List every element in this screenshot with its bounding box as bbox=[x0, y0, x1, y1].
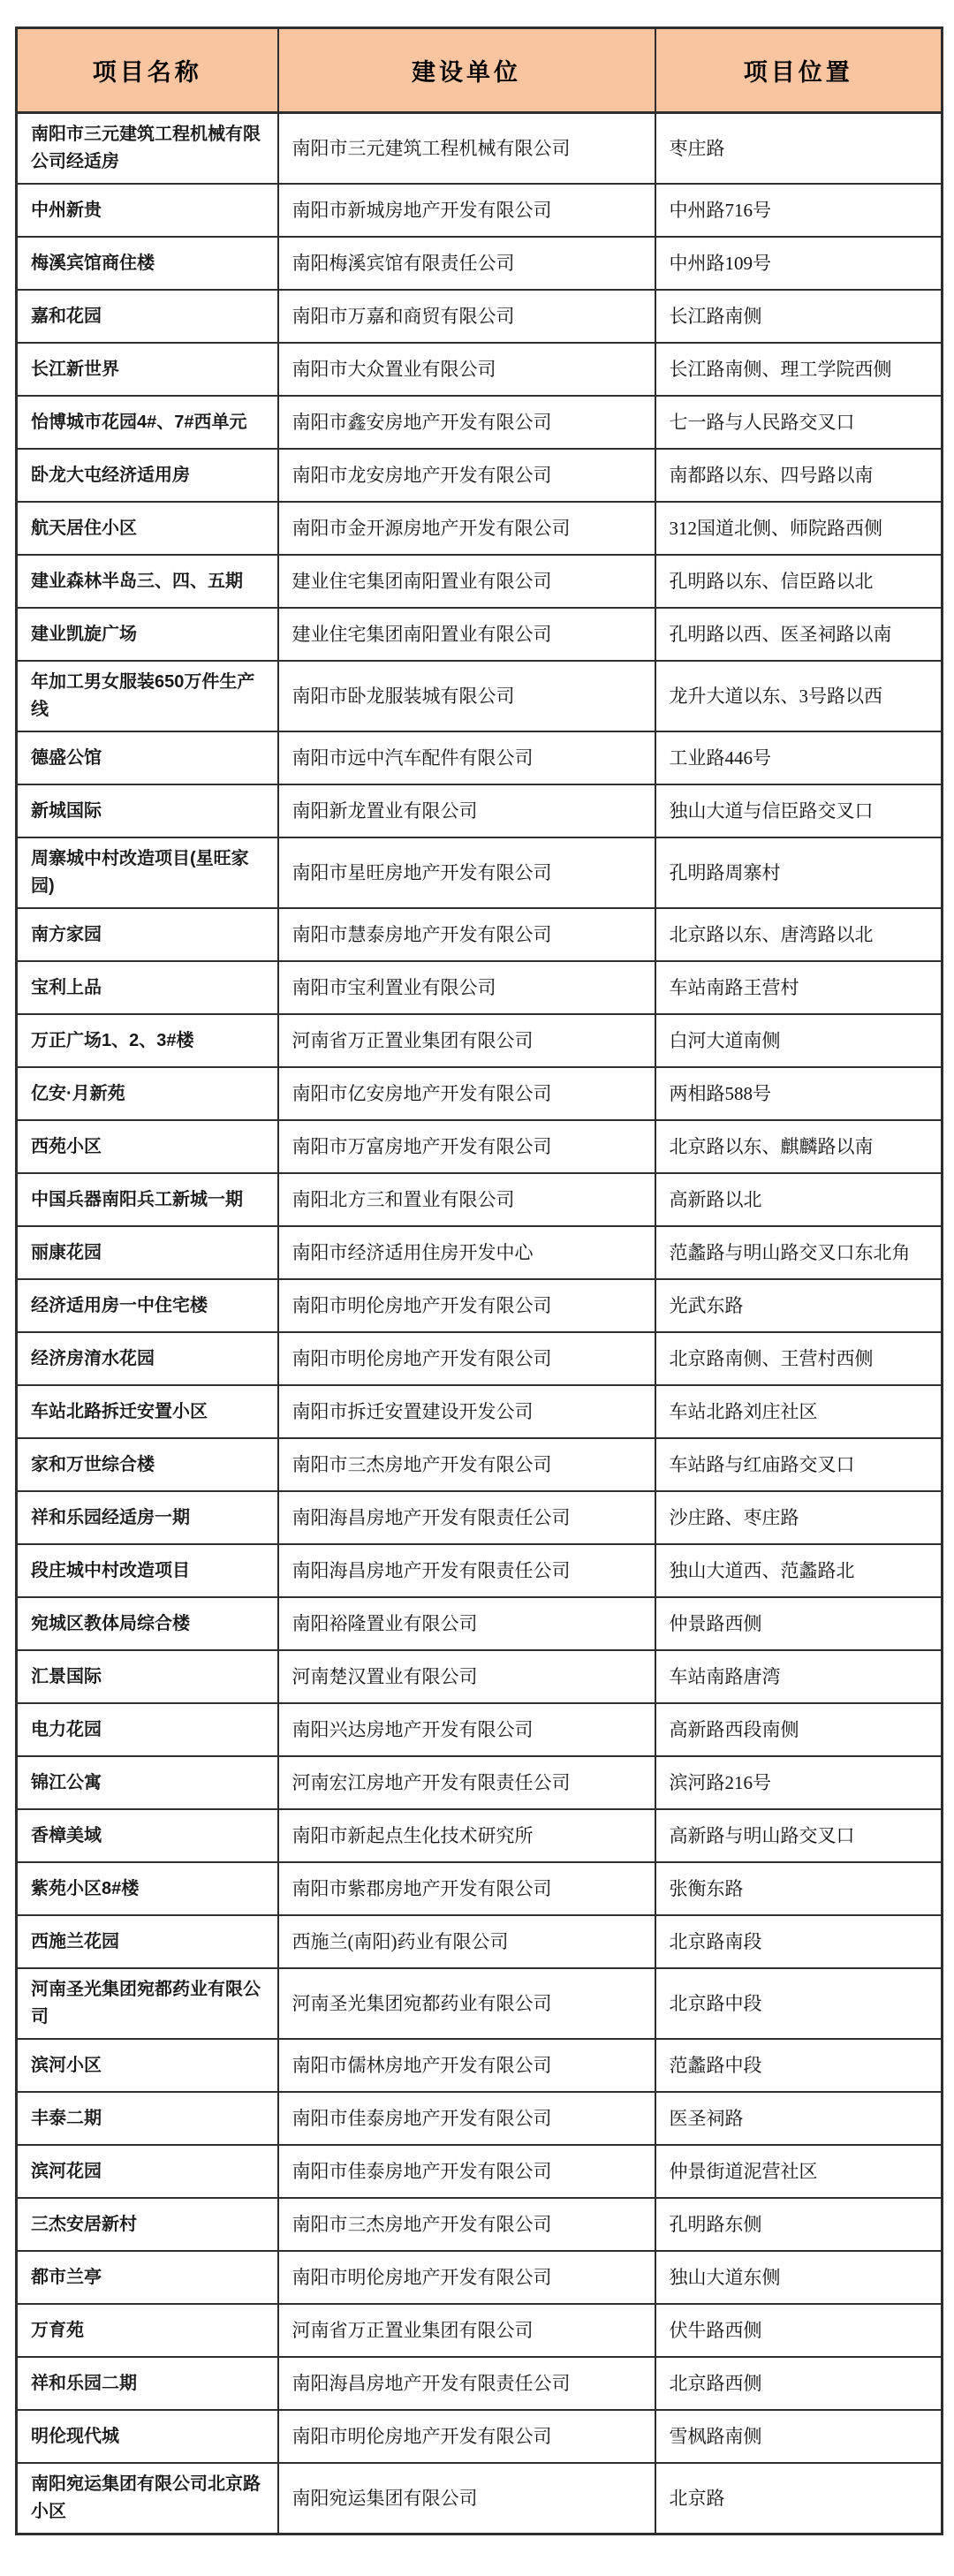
builder-cell: 南阳市佳泰房地产开发有限公司 bbox=[278, 2092, 655, 2145]
builder-cell: 南阳海昌房地产开发有限责任公司 bbox=[278, 2357, 655, 2410]
location-cell: 范蠡路与明山路交叉口东北角 bbox=[655, 1226, 943, 1279]
table-row: 建业森林半岛三、四、五期建业住宅集团南阳置业有限公司孔明路以东、信臣路以北 bbox=[17, 555, 943, 608]
location-cell: 北京路 bbox=[655, 2463, 943, 2534]
table-row: 新城国际南阳新龙置业有限公司独山大道与信臣路交叉口 bbox=[17, 784, 943, 837]
builder-cell: 南阳市佳泰房地产开发有限公司 bbox=[278, 2145, 655, 2198]
builder-cell: 河南省万正置业集团有限公司 bbox=[278, 1014, 655, 1067]
project-name-cell: 南阳市三元建筑工程机械有限公司经适房 bbox=[17, 113, 278, 185]
builder-cell: 河南圣光集团宛都药业有限公司 bbox=[278, 1968, 655, 2039]
builder-cell: 南阳海昌房地产开发有限责任公司 bbox=[278, 1544, 655, 1597]
table-row: 河南圣光集团宛都药业有限公司河南圣光集团宛都药业有限公司北京路中段 bbox=[17, 1968, 943, 2039]
location-cell: 孔明路周寨村 bbox=[655, 837, 943, 908]
project-name-cell: 万育苑 bbox=[17, 2304, 278, 2357]
table-row: 年加工男女服装650万件生产线南阳市卧龙服装城有限公司龙升大道以东、3号路以西 bbox=[17, 661, 943, 731]
project-name-cell: 周寨城中村改造项目(星旺家园) bbox=[17, 837, 278, 908]
table-row: 家和万世综合楼南阳市三杰房地产开发有限公司车站路与红庙路交叉口 bbox=[17, 1438, 943, 1491]
location-cell: 龙升大道以东、3号路以西 bbox=[655, 661, 943, 731]
location-cell: 车站南路唐湾 bbox=[655, 1650, 943, 1703]
header-row: 项目名称 建设单位 项目位置 bbox=[17, 28, 943, 113]
table-row: 段庄城中村改造项目南阳海昌房地产开发有限责任公司独山大道西、范蠡路北 bbox=[17, 1544, 943, 1597]
project-name-cell: 亿安·月新苑 bbox=[17, 1067, 278, 1120]
location-cell: 高新路西段南侧 bbox=[655, 1703, 943, 1756]
builder-cell: 建业住宅集团南阳置业有限公司 bbox=[278, 555, 655, 608]
location-cell: 北京路中段 bbox=[655, 1968, 943, 2039]
builder-cell: 南阳市明伦房地产开发有限公司 bbox=[278, 1332, 655, 1385]
table-header: 项目名称 建设单位 项目位置 bbox=[17, 28, 943, 113]
header-builder: 建设单位 bbox=[278, 28, 655, 113]
location-cell: 两相路588号 bbox=[655, 1067, 943, 1120]
project-name-cell: 嘉和花园 bbox=[17, 290, 278, 343]
location-cell: 长江路南侧 bbox=[655, 290, 943, 343]
table-row: 都市兰亭南阳市明伦房地产开发有限公司独山大道东侧 bbox=[17, 2251, 943, 2304]
table-row: 明伦现代城南阳市明伦房地产开发有限公司雪枫路南侧 bbox=[17, 2410, 943, 2463]
table-row: 宛城区教体局综合楼南阳裕隆置业有限公司仲景路西侧 bbox=[17, 1597, 943, 1650]
builder-cell: 南阳新龙置业有限公司 bbox=[278, 784, 655, 837]
builder-cell: 南阳市远中汽车配件有限公司 bbox=[278, 731, 655, 784]
project-name-cell: 香樟美域 bbox=[17, 1809, 278, 1862]
builder-cell: 南阳市金开源房地产开发有限公司 bbox=[278, 502, 655, 555]
project-name-cell: 丰泰二期 bbox=[17, 2092, 278, 2145]
table-row: 宝利上品南阳市宝利置业有限公司车站南路王营村 bbox=[17, 961, 943, 1014]
project-name-cell: 滨河花园 bbox=[17, 2145, 278, 2198]
project-name-cell: 梅溪宾馆商住楼 bbox=[17, 237, 278, 290]
project-name-cell: 明伦现代城 bbox=[17, 2410, 278, 2463]
builder-cell: 南阳宛运集团有限公司 bbox=[278, 2463, 655, 2534]
location-cell: 车站南路王营村 bbox=[655, 961, 943, 1014]
builder-cell: 南阳市拆迁安置建设开发公司 bbox=[278, 1385, 655, 1438]
table-row: 南方家园南阳市慧泰房地产开发有限公司北京路以东、唐湾路以北 bbox=[17, 908, 943, 961]
builder-cell: 南阳市大众置业有限公司 bbox=[278, 343, 655, 396]
table-row: 经济房淯水花园南阳市明伦房地产开发有限公司北京路南侧、王营村西侧 bbox=[17, 1332, 943, 1385]
location-cell: 白河大道南侧 bbox=[655, 1014, 943, 1067]
builder-cell: 南阳市万富房地产开发有限公司 bbox=[278, 1120, 655, 1173]
table-row: 西施兰花园西施兰(南阳)药业有限公司北京路南段 bbox=[17, 1915, 943, 1968]
table-row: 怡博城市花园4#、7#西单元南阳市鑫安房地产开发有限公司七一路与人民路交叉口 bbox=[17, 396, 943, 449]
table-row: 祥和乐园经适房一期南阳海昌房地产开发有限责任公司沙庄路、枣庄路 bbox=[17, 1491, 943, 1544]
table-row: 中州新贵南阳市新城房地产开发有限公司中州路716号 bbox=[17, 184, 943, 237]
table-row: 汇景国际河南楚汉置业有限公司车站南路唐湾 bbox=[17, 1650, 943, 1703]
location-cell: 高新路以北 bbox=[655, 1173, 943, 1226]
table-row: 西苑小区南阳市万富房地产开发有限公司北京路以东、麒麟路以南 bbox=[17, 1120, 943, 1173]
builder-cell: 南阳市龙安房地产开发有限公司 bbox=[278, 449, 655, 502]
location-cell: 孔明路以东、信臣路以北 bbox=[655, 555, 943, 608]
builder-cell: 南阳市宝利置业有限公司 bbox=[278, 961, 655, 1014]
table-row: 航天居住小区南阳市金开源房地产开发有限公司312国道北侧、师院路西侧 bbox=[17, 502, 943, 555]
location-cell: 滨河路216号 bbox=[655, 1756, 943, 1809]
builder-cell: 河南宏江房地产开发有限责任公司 bbox=[278, 1756, 655, 1809]
table-row: 车站北路拆迁安置小区南阳市拆迁安置建设开发公司车站北路刘庄社区 bbox=[17, 1385, 943, 1438]
project-name-cell: 西苑小区 bbox=[17, 1120, 278, 1173]
project-name-cell: 建业森林半岛三、四、五期 bbox=[17, 555, 278, 608]
project-name-cell: 建业凯旋广场 bbox=[17, 608, 278, 661]
location-cell: 枣庄路 bbox=[655, 113, 943, 185]
builder-cell: 南阳市明伦房地产开发有限公司 bbox=[278, 2410, 655, 2463]
project-name-cell: 新城国际 bbox=[17, 784, 278, 837]
builder-cell: 南阳市紫郡房地产开发有限公司 bbox=[278, 1862, 655, 1915]
builder-cell: 南阳梅溪宾馆有限责任公司 bbox=[278, 237, 655, 290]
project-name-cell: 都市兰亭 bbox=[17, 2251, 278, 2304]
location-cell: 中州路109号 bbox=[655, 237, 943, 290]
project-name-cell: 滨河小区 bbox=[17, 2039, 278, 2092]
project-name-cell: 航天居住小区 bbox=[17, 502, 278, 555]
project-name-cell: 锦江公寓 bbox=[17, 1756, 278, 1809]
project-name-cell: 汇景国际 bbox=[17, 1650, 278, 1703]
project-name-cell: 河南圣光集团宛都药业有限公司 bbox=[17, 1968, 278, 2039]
projects-table: 项目名称 建设单位 项目位置 南阳市三元建筑工程机械有限公司经适房南阳市三元建筑… bbox=[15, 27, 943, 2535]
builder-cell: 南阳市明伦房地产开发有限公司 bbox=[278, 2251, 655, 2304]
header-project-name: 项目名称 bbox=[17, 28, 278, 113]
location-cell: 北京路南侧、王营村西侧 bbox=[655, 1332, 943, 1385]
builder-cell: 南阳市卧龙服装城有限公司 bbox=[278, 661, 655, 731]
project-name-cell: 电力花园 bbox=[17, 1703, 278, 1756]
location-cell: 北京路以东、唐湾路以北 bbox=[655, 908, 943, 961]
table-body: 南阳市三元建筑工程机械有限公司经适房南阳市三元建筑工程机械有限公司枣庄路中州新贵… bbox=[17, 113, 943, 2534]
builder-cell: 南阳市鑫安房地产开发有限公司 bbox=[278, 396, 655, 449]
builder-cell: 南阳市新起点生化技术研究所 bbox=[278, 1809, 655, 1862]
location-cell: 独山大道东侧 bbox=[655, 2251, 943, 2304]
table-row: 卧龙大屯经济适用房南阳市龙安房地产开发有限公司南都路以东、四号路以南 bbox=[17, 449, 943, 502]
header-location: 项目位置 bbox=[655, 28, 943, 113]
table-row: 南阳市三元建筑工程机械有限公司经适房南阳市三元建筑工程机械有限公司枣庄路 bbox=[17, 113, 943, 185]
builder-cell: 南阳市万嘉和商贸有限公司 bbox=[278, 290, 655, 343]
table-row: 万正广场1、2、3#楼河南省万正置业集团有限公司白河大道南侧 bbox=[17, 1014, 943, 1067]
project-name-cell: 卧龙大屯经济适用房 bbox=[17, 449, 278, 502]
location-cell: 中州路716号 bbox=[655, 184, 943, 237]
location-cell: 伏牛路西侧 bbox=[655, 2304, 943, 2357]
table-row: 滨河花园南阳市佳泰房地产开发有限公司仲景街道泥营社区 bbox=[17, 2145, 943, 2198]
table-row: 南阳宛运集团有限公司北京路小区南阳宛运集团有限公司北京路 bbox=[17, 2463, 943, 2534]
location-cell: 光武东路 bbox=[655, 1279, 943, 1332]
location-cell: 车站路与红庙路交叉口 bbox=[655, 1438, 943, 1491]
location-cell: 车站北路刘庄社区 bbox=[655, 1385, 943, 1438]
project-name-cell: 德盛公馆 bbox=[17, 731, 278, 784]
table-row: 三杰安居新村南阳市三杰房地产开发有限公司孔明路东侧 bbox=[17, 2198, 943, 2251]
builder-cell: 南阳市明伦房地产开发有限公司 bbox=[278, 1279, 655, 1332]
table-row: 经济适用房一中住宅楼南阳市明伦房地产开发有限公司光武东路 bbox=[17, 1279, 943, 1332]
location-cell: 孔明路以西、医圣祠路以南 bbox=[655, 608, 943, 661]
builder-cell: 南阳市星旺房地产开发有限公司 bbox=[278, 837, 655, 908]
builder-cell: 南阳市新城房地产开发有限公司 bbox=[278, 184, 655, 237]
builder-cell: 南阳市慧泰房地产开发有限公司 bbox=[278, 908, 655, 961]
table-row: 电力花园南阳兴达房地产开发有限公司高新路西段南侧 bbox=[17, 1703, 943, 1756]
project-name-cell: 怡博城市花园4#、7#西单元 bbox=[17, 396, 278, 449]
project-name-cell: 经济房淯水花园 bbox=[17, 1332, 278, 1385]
project-name-cell: 三杰安居新村 bbox=[17, 2198, 278, 2251]
builder-cell: 南阳市三杰房地产开发有限公司 bbox=[278, 1438, 655, 1491]
table-row: 香樟美域南阳市新起点生化技术研究所高新路与明山路交叉口 bbox=[17, 1809, 943, 1862]
table-row: 德盛公馆南阳市远中汽车配件有限公司工业路446号 bbox=[17, 731, 943, 784]
table-row: 丰泰二期南阳市佳泰房地产开发有限公司医圣祠路 bbox=[17, 2092, 943, 2145]
project-name-cell: 宛城区教体局综合楼 bbox=[17, 1597, 278, 1650]
builder-cell: 建业住宅集团南阳置业有限公司 bbox=[278, 608, 655, 661]
location-cell: 沙庄路、枣庄路 bbox=[655, 1491, 943, 1544]
project-name-cell: 西施兰花园 bbox=[17, 1915, 278, 1968]
location-cell: 北京路西侧 bbox=[655, 2357, 943, 2410]
project-name-cell: 丽康花园 bbox=[17, 1226, 278, 1279]
project-name-cell: 祥和乐园二期 bbox=[17, 2357, 278, 2410]
location-cell: 高新路与明山路交叉口 bbox=[655, 1809, 943, 1862]
project-name-cell: 家和万世综合楼 bbox=[17, 1438, 278, 1491]
location-cell: 七一路与人民路交叉口 bbox=[655, 396, 943, 449]
location-cell: 范蠡路中段 bbox=[655, 2039, 943, 2092]
table-row: 周寨城中村改造项目(星旺家园)南阳市星旺房地产开发有限公司孔明路周寨村 bbox=[17, 837, 943, 908]
document-page: 项目名称 建设单位 项目位置 南阳市三元建筑工程机械有限公司经适房南阳市三元建筑… bbox=[0, 0, 954, 2546]
table-row: 亿安·月新苑南阳市亿安房地产开发有限公司两相路588号 bbox=[17, 1067, 943, 1120]
builder-cell: 南阳海昌房地产开发有限责任公司 bbox=[278, 1491, 655, 1544]
table-row: 中国兵器南阳兵工新城一期南阳北方三和置业有限公司高新路以北 bbox=[17, 1173, 943, 1226]
builder-cell: 南阳市三元建筑工程机械有限公司 bbox=[278, 113, 655, 185]
table-row: 锦江公寓河南宏江房地产开发有限责任公司滨河路216号 bbox=[17, 1756, 943, 1809]
project-name-cell: 中国兵器南阳兵工新城一期 bbox=[17, 1173, 278, 1226]
table-row: 紫苑小区8#楼南阳市紫郡房地产开发有限公司张衡东路 bbox=[17, 1862, 943, 1915]
project-name-cell: 万正广场1、2、3#楼 bbox=[17, 1014, 278, 1067]
project-name-cell: 车站北路拆迁安置小区 bbox=[17, 1385, 278, 1438]
location-cell: 北京路南段 bbox=[655, 1915, 943, 1968]
project-name-cell: 年加工男女服装650万件生产线 bbox=[17, 661, 278, 731]
builder-cell: 河南楚汉置业有限公司 bbox=[278, 1650, 655, 1703]
location-cell: 雪枫路南侧 bbox=[655, 2410, 943, 2463]
location-cell: 长江路南侧、理工学院西侧 bbox=[655, 343, 943, 396]
project-name-cell: 段庄城中村改造项目 bbox=[17, 1544, 278, 1597]
table-row: 丽康花园南阳市经济适用住房开发中心范蠡路与明山路交叉口东北角 bbox=[17, 1226, 943, 1279]
table-row: 梅溪宾馆商住楼南阳梅溪宾馆有限责任公司中州路109号 bbox=[17, 237, 943, 290]
builder-cell: 河南省万正置业集团有限公司 bbox=[278, 2304, 655, 2357]
builder-cell: 南阳裕隆置业有限公司 bbox=[278, 1597, 655, 1650]
table-row: 万育苑河南省万正置业集团有限公司伏牛路西侧 bbox=[17, 2304, 943, 2357]
table-row: 嘉和花园南阳市万嘉和商贸有限公司长江路南侧 bbox=[17, 290, 943, 343]
builder-cell: 南阳北方三和置业有限公司 bbox=[278, 1173, 655, 1226]
project-name-cell: 紫苑小区8#楼 bbox=[17, 1862, 278, 1915]
project-name-cell: 祥和乐园经适房一期 bbox=[17, 1491, 278, 1544]
table-row: 建业凯旋广场建业住宅集团南阳置业有限公司孔明路以西、医圣祠路以南 bbox=[17, 608, 943, 661]
location-cell: 张衡东路 bbox=[655, 1862, 943, 1915]
builder-cell: 南阳市经济适用住房开发中心 bbox=[278, 1226, 655, 1279]
location-cell: 南都路以东、四号路以南 bbox=[655, 449, 943, 502]
table-row: 祥和乐园二期南阳海昌房地产开发有限责任公司北京路西侧 bbox=[17, 2357, 943, 2410]
location-cell: 仲景路西侧 bbox=[655, 1597, 943, 1650]
location-cell: 北京路以东、麒麟路以南 bbox=[655, 1120, 943, 1173]
builder-cell: 西施兰(南阳)药业有限公司 bbox=[278, 1915, 655, 1968]
location-cell: 仲景街道泥营社区 bbox=[655, 2145, 943, 2198]
project-name-cell: 宝利上品 bbox=[17, 961, 278, 1014]
builder-cell: 南阳市三杰房地产开发有限公司 bbox=[278, 2198, 655, 2251]
project-name-cell: 南方家园 bbox=[17, 908, 278, 961]
project-name-cell: 南阳宛运集团有限公司北京路小区 bbox=[17, 2463, 278, 2534]
project-name-cell: 经济适用房一中住宅楼 bbox=[17, 1279, 278, 1332]
project-name-cell: 中州新贵 bbox=[17, 184, 278, 237]
location-cell: 工业路446号 bbox=[655, 731, 943, 784]
location-cell: 312国道北侧、师院路西侧 bbox=[655, 502, 943, 555]
table-row: 滨河小区南阳市儒林房地产开发有限公司范蠡路中段 bbox=[17, 2039, 943, 2092]
builder-cell: 南阳市儒林房地产开发有限公司 bbox=[278, 2039, 655, 2092]
location-cell: 独山大道西、范蠡路北 bbox=[655, 1544, 943, 1597]
location-cell: 独山大道与信臣路交叉口 bbox=[655, 784, 943, 837]
builder-cell: 南阳兴达房地产开发有限公司 bbox=[278, 1703, 655, 1756]
builder-cell: 南阳市亿安房地产开发有限公司 bbox=[278, 1067, 655, 1120]
table-row: 长江新世界南阳市大众置业有限公司长江路南侧、理工学院西侧 bbox=[17, 343, 943, 396]
location-cell: 医圣祠路 bbox=[655, 2092, 943, 2145]
project-name-cell: 长江新世界 bbox=[17, 343, 278, 396]
location-cell: 孔明路东侧 bbox=[655, 2198, 943, 2251]
